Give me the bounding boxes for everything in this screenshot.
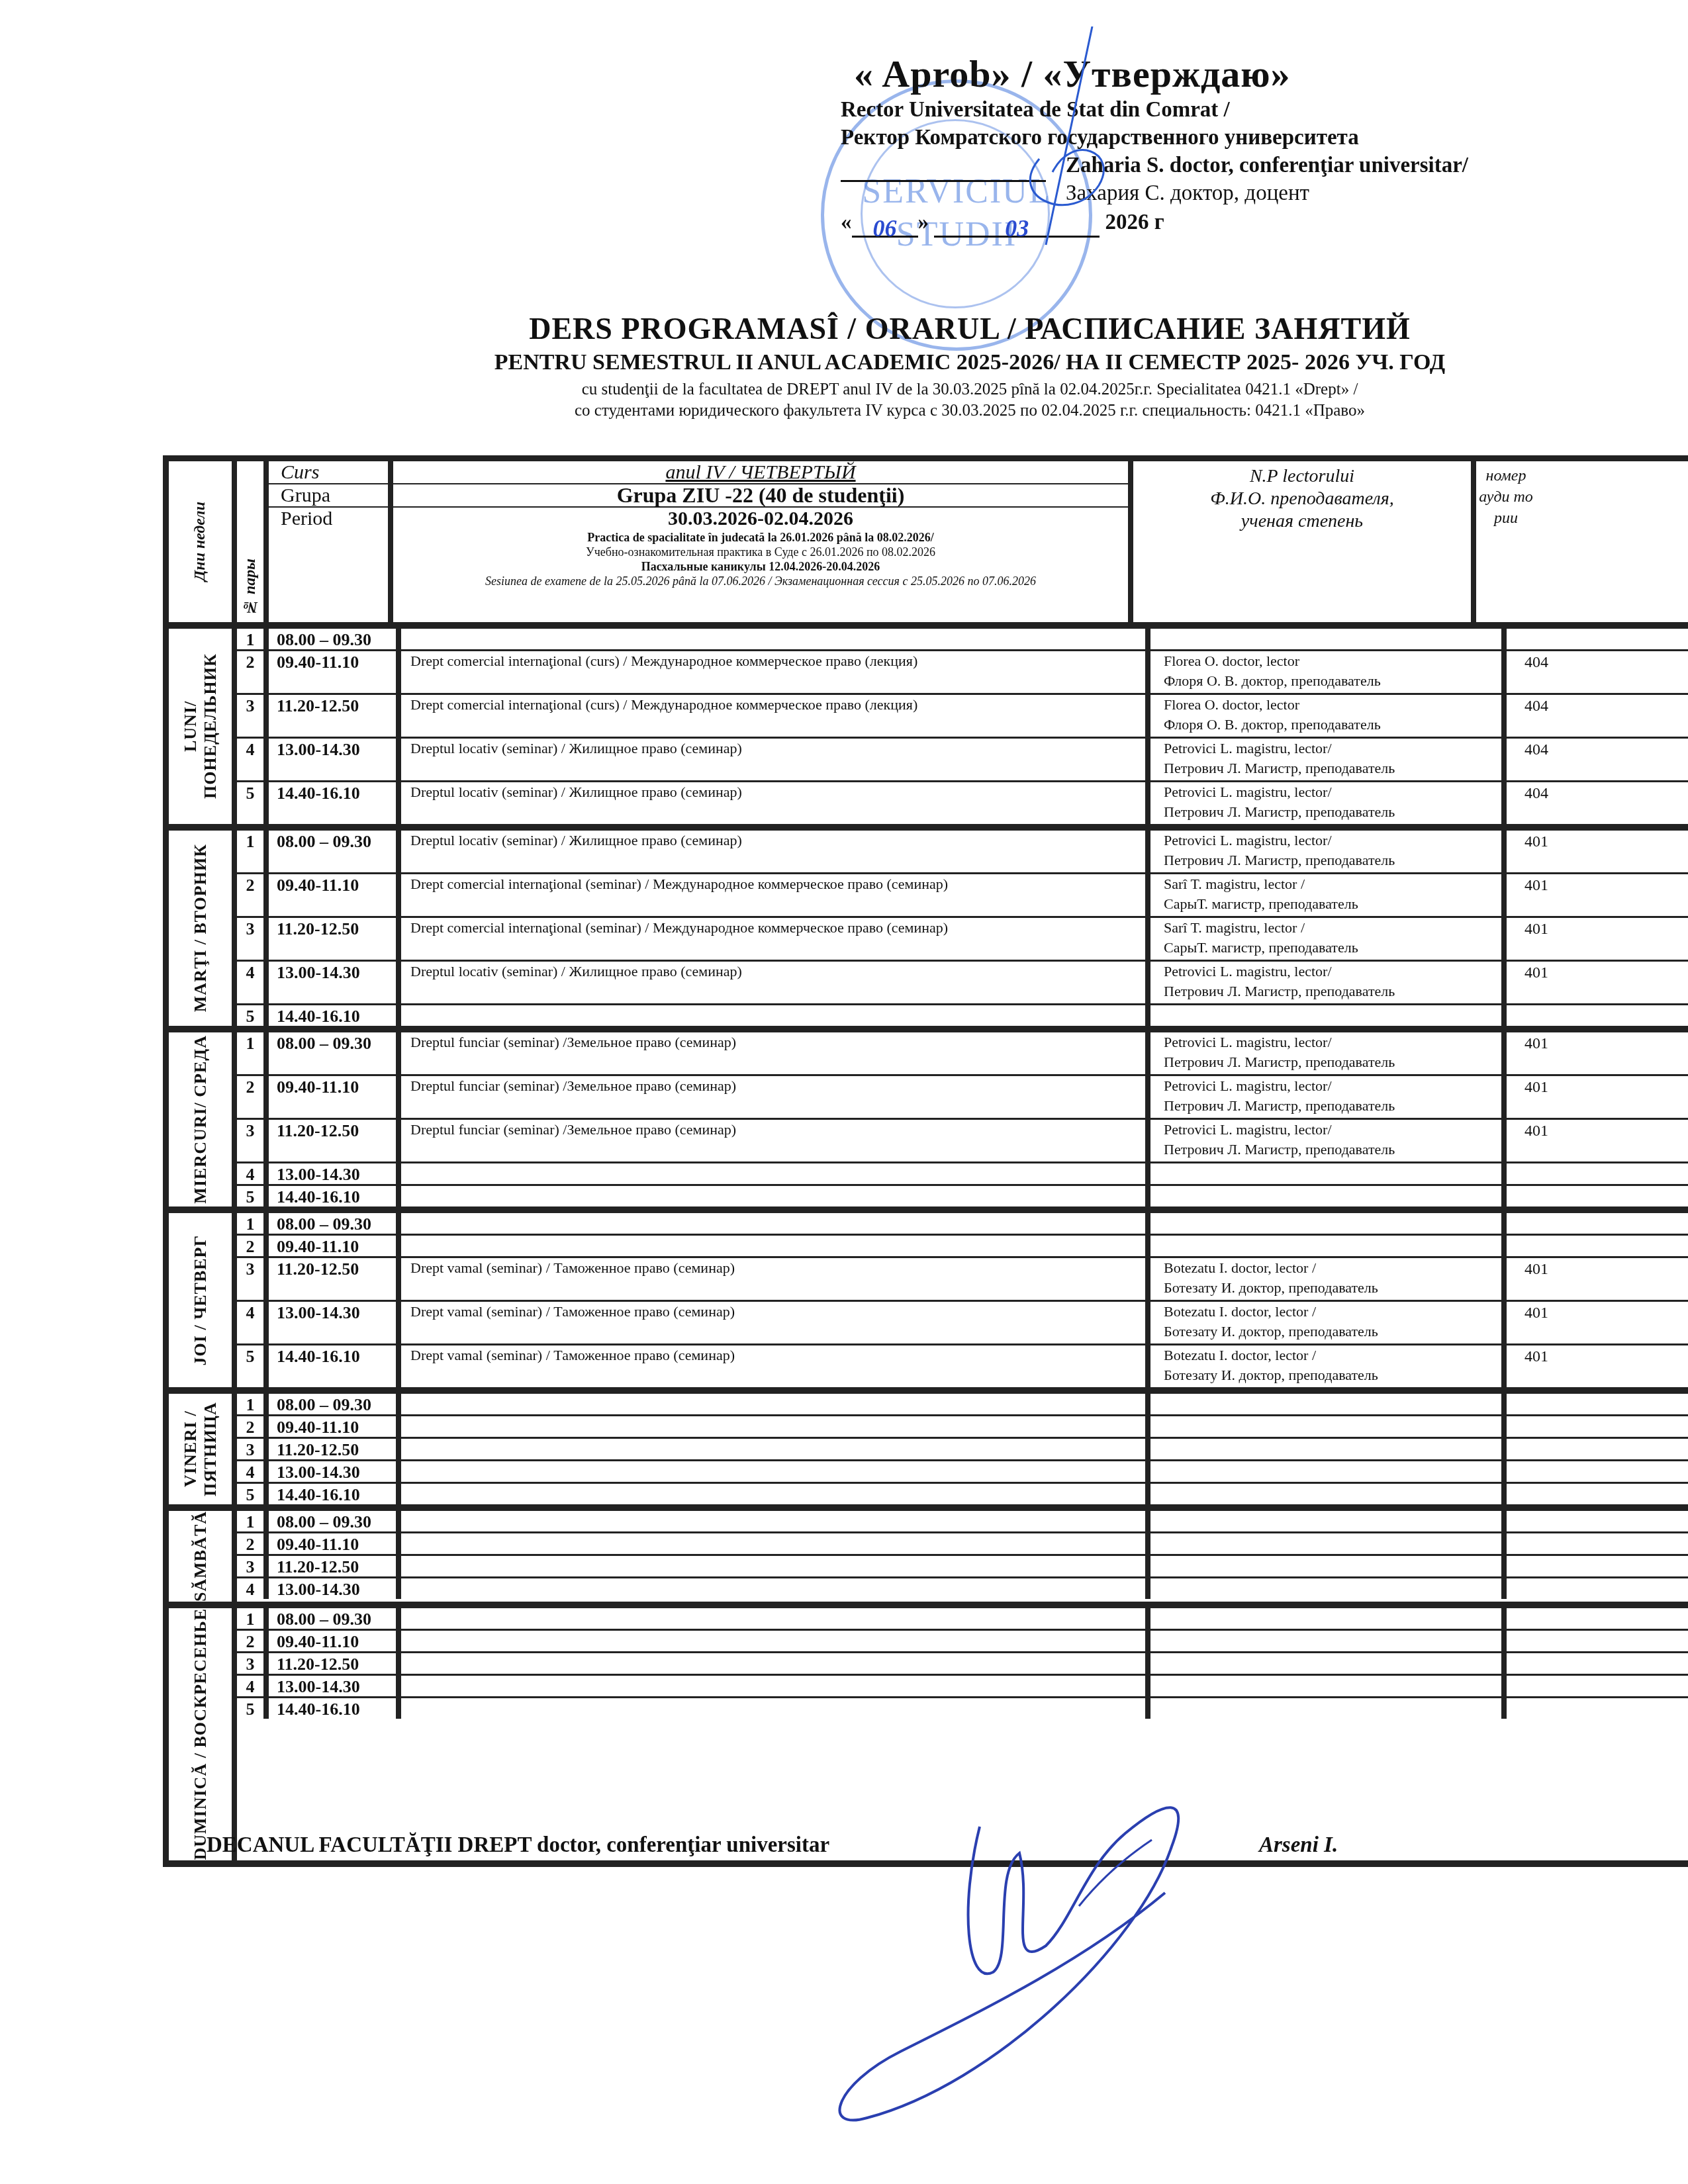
- lecturer-ru: СарыТ. магистр, преподаватель: [1164, 938, 1501, 958]
- table-row: 209.40-11.10Dreptul funciar (seminar) /З…: [237, 1076, 1688, 1120]
- header-days-cell: Дни недели: [169, 461, 237, 622]
- lecturer-ro: Sarî T. magistru, lector /: [1164, 874, 1501, 894]
- slot-rows: 108.00 – 09.30209.40-11.10311.20-12.5041…: [237, 1511, 1688, 1602]
- time-slot: 09.40-11.10: [277, 1077, 359, 1097]
- lecturer-ro: Petrovici L. magistru, lector/: [1164, 1076, 1501, 1096]
- pair-number: 5: [246, 1485, 255, 1504]
- time-slot: 11.20-12.50: [277, 1259, 359, 1279]
- lecturer-cell: Florea O. doctor, lectorФлоря О. В. докт…: [1150, 695, 1507, 737]
- table-row: 413.00-14.30: [237, 1578, 1688, 1599]
- room-number: 401: [1524, 1261, 1548, 1278]
- lecturer-cell: [1150, 1213, 1507, 1234]
- lecturer-cell: [1150, 1186, 1507, 1206]
- time-slot: 13.00-14.30: [277, 963, 360, 982]
- lecturer-ro: Botezatu I. doctor, lector /: [1164, 1258, 1501, 1278]
- time-slot: 13.00-14.30: [277, 1463, 360, 1482]
- subject-cell: [401, 1631, 1150, 1651]
- pair-number-cell: 4: [237, 739, 269, 780]
- header-lecturer-ru: Ф.И.О. преподавателя,: [1133, 488, 1471, 510]
- time-slot-cell: 09.40-11.10: [269, 874, 401, 916]
- approval-heading: « Aprob» / «Утверждаю»: [854, 52, 1635, 96]
- table-row: 311.20-12.50: [237, 1556, 1688, 1578]
- time-slot-cell: 11.20-12.50: [269, 1258, 401, 1300]
- lecturer-cell: Sarî T. magistru, lector /СарыТ. магистр…: [1150, 918, 1507, 960]
- room-number-cell: [1507, 1213, 1566, 1234]
- table-header: Дни недели № пары Curs Grupa Period anul…: [169, 461, 1688, 629]
- header-note-exams: Sesiunea de examene de la 25.05.2026 pân…: [393, 574, 1128, 588]
- subject: Drept comercial internaţional (curs) / М…: [410, 696, 917, 713]
- table-row: 311.20-12.50Dreptul funciar (seminar) /З…: [237, 1120, 1688, 1163]
- time-slot-cell: 08.00 – 09.30: [269, 629, 401, 649]
- day-name: MARŢI / ВТОРНИК: [191, 844, 211, 1012]
- table-row: 514.40-16.10: [237, 1186, 1688, 1206]
- lecturer-ru: Ботезату И. доктор, преподаватель: [1164, 1322, 1501, 1342]
- room-number-cell: 401: [1507, 1258, 1566, 1300]
- subject-cell: [401, 1394, 1150, 1414]
- room-number-cell: [1507, 1511, 1566, 1531]
- room-number-cell: [1507, 1394, 1566, 1414]
- pair-number: 3: [246, 1121, 255, 1140]
- room-number-cell: 401: [1507, 831, 1566, 872]
- time-slot: 09.40-11.10: [277, 1418, 359, 1437]
- time-slot-cell: 08.00 – 09.30: [269, 1608, 401, 1629]
- subject-cell: [401, 629, 1150, 649]
- lecturer-ro: Florea O. doctor, lector: [1164, 651, 1501, 671]
- pair-number: 3: [246, 1440, 255, 1459]
- lecturer-ro: Petrovici L. magistru, lector/: [1164, 739, 1501, 758]
- time-slot-cell: 14.40-16.10: [269, 1005, 401, 1026]
- room-number-cell: [1507, 1698, 1566, 1719]
- time-slot: 09.40-11.10: [277, 1632, 359, 1651]
- day-name: LUNI/ ПОНЕДЕЛЬНИК: [181, 629, 220, 824]
- table-row: 209.40-11.10: [237, 1416, 1688, 1439]
- day-name: JOI / ЧЕТВЕРГ: [191, 1235, 211, 1365]
- lecturer-cell: Petrovici L. magistru, lector/Петрович Л…: [1150, 962, 1507, 1003]
- table-row: 108.00 – 09.30: [237, 1511, 1688, 1533]
- time-slot-cell: 08.00 – 09.30: [269, 1394, 401, 1414]
- time-slot-cell: 13.00-14.30: [269, 1163, 401, 1184]
- room-number-cell: [1507, 1461, 1566, 1482]
- header-lecturer: N.P lectorului Ф.И.О. преподавателя, уче…: [1133, 461, 1476, 622]
- lecturer-cell: Botezatu I. doctor, lector /Ботезату И. …: [1150, 1302, 1507, 1343]
- pair-number-cell: 3: [237, 1439, 269, 1459]
- pair-number-cell: 1: [237, 1608, 269, 1629]
- room-number-cell: [1507, 1484, 1566, 1504]
- rector-name-ru: Захария С. доктор, доцент: [1066, 179, 1635, 207]
- table-row: 413.00-14.30Dreptul locativ (seminar) / …: [237, 739, 1688, 782]
- students-line-ro: cu studenţii de la facultatea de DREPT a…: [252, 381, 1688, 399]
- room-number: 401: [1524, 1035, 1548, 1052]
- pair-number: 4: [246, 1165, 255, 1184]
- approval-month: 03: [1005, 215, 1029, 242]
- time-slot-cell: 11.20-12.50: [269, 1120, 401, 1161]
- room-number: 401: [1524, 1304, 1548, 1322]
- table-row: 311.20-12.50Drept comercial internaţiona…: [237, 918, 1688, 962]
- lecturer-cell: Petrovici L. magistru, lector/Петрович Л…: [1150, 831, 1507, 872]
- room-number-cell: 404: [1507, 651, 1566, 693]
- pair-number: 5: [246, 1187, 255, 1206]
- lecturer-ro: Florea O. doctor, lector: [1164, 695, 1501, 715]
- day-name-cell: MARŢI / ВТОРНИК: [169, 831, 237, 1026]
- header-period-label: Period: [269, 508, 388, 529]
- room-number-cell: [1507, 629, 1566, 649]
- room-number: 401: [1524, 1348, 1548, 1365]
- subject: Dreptul locativ (seminar) / Жилищное пра…: [410, 963, 742, 979]
- time-slot-cell: 09.40-11.10: [269, 651, 401, 693]
- subject-cell: [401, 1653, 1150, 1674]
- room-number-cell: [1507, 1416, 1566, 1437]
- lecturer-cell: [1150, 1461, 1507, 1482]
- day-name: SĂMBĂTĂ: [191, 1511, 211, 1602]
- room-number: 401: [1524, 833, 1548, 850]
- lecturer-cell: Petrovici L. magistru, lector/Петрович Л…: [1150, 1032, 1507, 1074]
- room-number-cell: [1507, 1578, 1566, 1599]
- room-number-cell: [1507, 1005, 1566, 1026]
- pair-number-cell: 5: [237, 782, 269, 824]
- day-name-cell: SĂMBĂTĂ: [169, 1511, 237, 1602]
- room-number: 401: [1524, 964, 1548, 981]
- time-slot: 11.20-12.50: [277, 1655, 359, 1674]
- header-note-holidays: Пасхальные каникулы 12.04.2026-20.04.202…: [393, 559, 1128, 574]
- students-line-ru: со студентами юридического факультета IV…: [252, 402, 1688, 420]
- pair-number-cell: 2: [237, 1236, 269, 1256]
- pair-number: 5: [246, 1700, 255, 1719]
- pair-number: 1: [246, 1512, 255, 1531]
- header-group-info: anul IV / ЧЕТВЕРТЫЙ Grupa ZIU -22 (40 de…: [393, 461, 1133, 622]
- header-days-label: Дни недели: [191, 502, 209, 581]
- time-slot-cell: 14.40-16.10: [269, 782, 401, 824]
- lecturer-ru: Петрович Л. Магистр, преподаватель: [1164, 1052, 1501, 1072]
- time-slot-cell: 14.40-16.10: [269, 1698, 401, 1719]
- lecturer-ru: Петрович Л. Магистр, преподаватель: [1164, 1140, 1501, 1160]
- subject-cell: Drept comercial internaţional (curs) / М…: [401, 695, 1150, 737]
- subject-cell: [401, 1533, 1150, 1554]
- subject: Drept vamal (seminar) / Таможенное право…: [410, 1259, 735, 1276]
- pair-number: 5: [246, 784, 255, 803]
- pair-number: 1: [246, 832, 255, 851]
- day-block: JOI / ЧЕТВЕРГ108.00 – 09.30209.40-11.103…: [169, 1213, 1688, 1394]
- time-slot: 09.40-11.10: [277, 1237, 359, 1256]
- pair-number-cell: 4: [237, 1578, 269, 1599]
- lecturer-cell: Petrovici L. magistru, lector/Петрович Л…: [1150, 782, 1507, 824]
- subject-cell: Drept comercial internaţional (seminar) …: [401, 874, 1150, 916]
- pair-number-cell: 1: [237, 1213, 269, 1234]
- room-number-cell: [1507, 1631, 1566, 1651]
- header-room: номер ауди то рии: [1476, 461, 1536, 622]
- room-number: 404: [1524, 698, 1548, 715]
- pair-number: 4: [246, 963, 255, 982]
- subject: Drept vamal (seminar) / Таможенное право…: [410, 1347, 735, 1363]
- semester-title: PENTRU SEMESTRUL II ANUL ACADEMIC 2025-2…: [252, 350, 1688, 375]
- room-number: 401: [1524, 877, 1548, 894]
- pair-number-cell: 1: [237, 1511, 269, 1531]
- subject-cell: [401, 1236, 1150, 1256]
- subject: Drept vamal (seminar) / Таможенное право…: [410, 1303, 735, 1320]
- time-slot-cell: 11.20-12.50: [269, 1556, 401, 1576]
- pair-number-cell: 4: [237, 1461, 269, 1482]
- time-slot-cell: 11.20-12.50: [269, 918, 401, 960]
- time-slot-cell: 13.00-14.30: [269, 1676, 401, 1696]
- room-number-cell: [1507, 1236, 1566, 1256]
- time-slot: 11.20-12.50: [277, 1557, 359, 1576]
- pair-number-cell: 3: [237, 695, 269, 737]
- pair-number: 2: [246, 1077, 255, 1097]
- pair-number-cell: 4: [237, 1163, 269, 1184]
- header-note-practice-ru: Учебно-ознакомительная практика в Суде с…: [393, 545, 1128, 559]
- lecturer-cell: [1150, 1676, 1507, 1696]
- lecturer-ru: Петрович Л. Магистр, преподаватель: [1164, 802, 1501, 822]
- room-number-cell: 401: [1507, 874, 1566, 916]
- pair-number-cell: 5: [237, 1698, 269, 1719]
- time-slot: 11.20-12.50: [277, 696, 359, 715]
- subject-cell: [401, 1186, 1150, 1206]
- lecturer-ru: Флоря О. В. доктор, преподаватель: [1164, 715, 1501, 735]
- table-row: 311.20-12.50Drept comercial internaţiona…: [237, 695, 1688, 739]
- rector-name-ro: Zaharia S. doctor, conferenţiar universi…: [1066, 152, 1635, 179]
- subject-cell: [401, 1213, 1150, 1234]
- table-row: 514.40-16.10: [237, 1698, 1688, 1719]
- lecturer-cell: [1150, 1163, 1507, 1184]
- pair-number-cell: 2: [237, 1533, 269, 1554]
- slot-rows: 108.00 – 09.30209.40-11.10Drept comercia…: [237, 629, 1688, 824]
- lecturer-ro: Petrovici L. magistru, lector/: [1164, 831, 1501, 850]
- time-slot-cell: 11.20-12.50: [269, 1439, 401, 1459]
- table-row: 413.00-14.30Dreptul locativ (seminar) / …: [237, 962, 1688, 1005]
- pair-number: 1: [246, 630, 255, 649]
- lecturer-cell: [1150, 1416, 1507, 1437]
- pair-number: 2: [246, 1418, 255, 1437]
- subject-cell: Dreptul funciar (seminar) /Земельное пра…: [401, 1076, 1150, 1118]
- room-number-cell: 401: [1507, 918, 1566, 960]
- subject: Dreptul locativ (seminar) / Жилищное пра…: [410, 784, 742, 800]
- pair-number-cell: 2: [237, 651, 269, 693]
- pair-number: 3: [246, 696, 255, 715]
- lecturer-ru: Петрович Л. Магистр, преподаватель: [1164, 758, 1501, 778]
- lecturer-cell: [1150, 1653, 1507, 1674]
- lecturer-cell: [1150, 1005, 1507, 1026]
- time-slot-cell: 09.40-11.10: [269, 1236, 401, 1256]
- day-name-cell: JOI / ЧЕТВЕРГ: [169, 1213, 237, 1387]
- time-slot: 08.00 – 09.30: [277, 1034, 371, 1053]
- subject-cell: [401, 1578, 1150, 1599]
- lecturer-ru: Петрович Л. Магистр, преподаватель: [1164, 981, 1501, 1001]
- slot-rows: 108.00 – 09.30Dreptul locativ (seminar) …: [237, 831, 1688, 1026]
- time-slot-cell: 08.00 – 09.30: [269, 1213, 401, 1234]
- room-number-cell: [1507, 1186, 1566, 1206]
- time-slot: 08.00 – 09.30: [277, 1610, 371, 1629]
- room-number-cell: [1507, 1556, 1566, 1576]
- time-slot-cell: 11.20-12.50: [269, 695, 401, 737]
- room-number-cell: [1507, 1653, 1566, 1674]
- room-number: 404: [1524, 741, 1548, 758]
- subject: Dreptul funciar (seminar) /Земельное пра…: [410, 1034, 736, 1050]
- subject-cell: Drept vamal (seminar) / Таможенное право…: [401, 1258, 1150, 1300]
- table-row: 108.00 – 09.30Dreptul funciar (seminar) …: [237, 1032, 1688, 1076]
- pair-number: 3: [246, 1259, 255, 1279]
- time-slot: 13.00-14.30: [277, 1580, 360, 1599]
- pair-number: 2: [246, 1237, 255, 1256]
- time-slot-cell: 08.00 – 09.30: [269, 831, 401, 872]
- lecturer-cell: Florea O. doctor, lectorФлоря О. В. докт…: [1150, 651, 1507, 693]
- pair-number: 4: [246, 1463, 255, 1482]
- table-row: 311.20-12.50: [237, 1439, 1688, 1461]
- header-labels-cell: Curs Grupa Period: [269, 461, 393, 622]
- lecturer-ro: Petrovici L. magistru, lector/: [1164, 1032, 1501, 1052]
- day-name: DUMINICĂ / ВОСКРЕСЕНЬЕ: [191, 1608, 211, 1860]
- header-lecturer-ro: N.P lectorului: [1133, 465, 1471, 488]
- time-slot-cell: 09.40-11.10: [269, 1631, 401, 1651]
- table-row: 108.00 – 09.30Dreptul locativ (seminar) …: [237, 831, 1688, 874]
- table-row: 311.20-12.50Drept vamal (seminar) / Тамо…: [237, 1258, 1688, 1302]
- subject: Drept comercial internaţional (seminar) …: [410, 876, 948, 892]
- subject-cell: [401, 1556, 1150, 1576]
- time-slot: 14.40-16.10: [277, 1485, 360, 1504]
- slot-rows: 108.00 – 09.30209.40-11.10311.20-12.50Dr…: [237, 1213, 1688, 1387]
- lecturer-cell: [1150, 1578, 1507, 1599]
- subject-cell: [401, 1511, 1150, 1531]
- day-name: VINERI / ПЯТНИЦА: [181, 1394, 220, 1504]
- table-row: 209.40-11.10: [237, 1631, 1688, 1653]
- approval-day: 06: [873, 215, 897, 242]
- day-block: MARŢI / ВТОРНИК108.00 – 09.30Dreptul loc…: [169, 831, 1688, 1032]
- subject: Dreptul funciar (seminar) /Земельное пра…: [410, 1121, 736, 1138]
- time-slot: 11.20-12.50: [277, 1121, 359, 1140]
- pair-number-cell: 3: [237, 1556, 269, 1576]
- lecturer-ru: СарыТ. магистр, преподаватель: [1164, 894, 1501, 914]
- pair-number-cell: 1: [237, 1032, 269, 1074]
- lecturer-cell: Botezatu I. doctor, lector /Ботезату И. …: [1150, 1345, 1507, 1387]
- header-lecturer-degree: ученая степень: [1133, 510, 1471, 533]
- subject: Drept comercial internaţional (curs) / М…: [410, 653, 917, 669]
- pair-number-cell: 5: [237, 1345, 269, 1387]
- day-block: SĂMBĂTĂ108.00 – 09.30209.40-11.10311.20-…: [169, 1511, 1688, 1608]
- table-row: 108.00 – 09.30: [237, 1213, 1688, 1236]
- day-name-cell: LUNI/ ПОНЕДЕЛЬНИК: [169, 629, 237, 824]
- lecturer-ro: Botezatu I. doctor, lector /: [1164, 1302, 1501, 1322]
- table-row: 108.00 – 09.30: [237, 1394, 1688, 1416]
- time-slot: 13.00-14.30: [277, 1677, 360, 1696]
- table-row: 413.00-14.30Drept vamal (seminar) / Тамо…: [237, 1302, 1688, 1345]
- room-number-cell: 401: [1507, 1302, 1566, 1343]
- time-slot: 08.00 – 09.30: [277, 1512, 371, 1531]
- time-slot-cell: 08.00 – 09.30: [269, 1511, 401, 1531]
- pair-number-cell: 3: [237, 918, 269, 960]
- lecturer-cell: [1150, 1533, 1507, 1554]
- time-slot-cell: 09.40-11.10: [269, 1533, 401, 1554]
- slot-rows: 108.00 – 09.30209.40-11.10311.20-12.5041…: [237, 1608, 1688, 1860]
- lecturer-ru: Петрович Л. Магистр, преподаватель: [1164, 1096, 1501, 1116]
- table-row: 514.40-16.10: [237, 1005, 1688, 1026]
- room-number-cell: [1507, 1533, 1566, 1554]
- time-slot-cell: 13.00-14.30: [269, 1578, 401, 1599]
- day-name: MIERCURI/ СРЕДА: [191, 1035, 211, 1204]
- subject-cell: Drept comercial internaţional (curs) / М…: [401, 651, 1150, 693]
- table-row: 514.40-16.10Drept vamal (seminar) / Тамо…: [237, 1345, 1688, 1387]
- time-slot: 14.40-16.10: [277, 1700, 360, 1719]
- document-titles: DERS PROGRAMASÎ / ORARUL / РАСПИСАНИЕ ЗА…: [0, 311, 1688, 420]
- table-row: 108.00 – 09.30: [237, 629, 1688, 651]
- footer: DECANUL FACULTĂŢII DREPT doctor, confere…: [207, 1833, 1530, 1858]
- room-number-cell: 401: [1507, 1345, 1566, 1387]
- lecturer-ro: Petrovici L. magistru, lector/: [1164, 782, 1501, 802]
- approval-date: «06» 03 2026 г: [841, 207, 1635, 238]
- pair-number-cell: 3: [237, 1120, 269, 1161]
- time-slot: 14.40-16.10: [277, 1007, 360, 1026]
- room-number-cell: 404: [1507, 739, 1566, 780]
- pair-number-cell: 4: [237, 1676, 269, 1696]
- room-number-cell: 401: [1507, 1076, 1566, 1118]
- pair-number: 5: [246, 1347, 255, 1366]
- lecturer-cell: [1150, 1484, 1507, 1504]
- pair-number: 2: [246, 1535, 255, 1554]
- header-curs-label: Curs: [269, 461, 388, 484]
- subject-cell: Dreptul funciar (seminar) /Земельное пра…: [401, 1120, 1150, 1161]
- approval-year: 2026 г: [1105, 210, 1164, 234]
- room-number-cell: [1507, 1439, 1566, 1459]
- pair-number: 4: [246, 1580, 255, 1599]
- lecturer-cell: [1150, 1698, 1507, 1719]
- lecturer-cell: [1150, 1631, 1507, 1651]
- room-number-cell: 401: [1507, 1032, 1566, 1074]
- lecturer-ro: Petrovici L. magistru, lector/: [1164, 962, 1501, 981]
- lecturer-cell: [1150, 1608, 1507, 1629]
- lecturer-ru: Ботезату И. доктор, преподаватель: [1164, 1278, 1501, 1298]
- time-slot: 09.40-11.10: [277, 1535, 359, 1554]
- lecturer-cell: Sarî T. magistru, lector /СарыТ. магистр…: [1150, 874, 1507, 916]
- subject-cell: Drept comercial internaţional (seminar) …: [401, 918, 1150, 960]
- table-row: 209.40-11.10Drept comercial internaţiona…: [237, 651, 1688, 695]
- table-row: 514.40-16.10Dreptul locativ (seminar) / …: [237, 782, 1688, 824]
- pair-number: 1: [246, 1610, 255, 1629]
- subject: Dreptul locativ (seminar) / Жилищное пра…: [410, 832, 742, 848]
- days-container: LUNI/ ПОНЕДЕЛЬНИК108.00 – 09.30209.40-11…: [169, 629, 1688, 1867]
- rector-title-ru: Ректор Комратского государственного унив…: [841, 124, 1635, 152]
- room-number: 401: [1524, 1079, 1548, 1096]
- day-name-cell: MIERCURI/ СРЕДА: [169, 1032, 237, 1206]
- subject: Drept comercial internaţional (seminar) …: [410, 919, 948, 936]
- subject-cell: Dreptul locativ (seminar) / Жилищное пра…: [401, 831, 1150, 872]
- pair-number: 4: [246, 1303, 255, 1322]
- subject-cell: [401, 1005, 1150, 1026]
- lecturer-ru: Ботезату И. доктор, преподаватель: [1164, 1365, 1501, 1385]
- subject-cell: Dreptul locativ (seminar) / Жилищное пра…: [401, 962, 1150, 1003]
- header-curs-value: anul IV / ЧЕТВЕРТЫЙ: [393, 461, 1128, 484]
- time-slot: 13.00-14.30: [277, 740, 360, 759]
- time-slot: 14.40-16.10: [277, 784, 360, 803]
- time-slot-cell: 14.40-16.10: [269, 1186, 401, 1206]
- lecturer-ro: Botezatu I. doctor, lector /: [1164, 1345, 1501, 1365]
- header-pair-label: № пары: [242, 559, 259, 615]
- header-period-value: 30.03.2026-02.04.2026: [393, 508, 1128, 530]
- table-row: 413.00-14.30: [237, 1676, 1688, 1698]
- room-number-cell: [1507, 1608, 1566, 1629]
- lecturer-cell: [1150, 1556, 1507, 1576]
- lecturer-cell: [1150, 629, 1507, 649]
- room-number-cell: 401: [1507, 1120, 1566, 1161]
- day-block: LUNI/ ПОНЕДЕЛЬНИК108.00 – 09.30209.40-11…: [169, 629, 1688, 831]
- time-slot: 08.00 – 09.30: [277, 630, 371, 649]
- time-slot-cell: 13.00-14.30: [269, 1461, 401, 1482]
- time-slot-cell: 09.40-11.10: [269, 1416, 401, 1437]
- table-row: 413.00-14.30: [237, 1461, 1688, 1484]
- header-note-practice-ro: Practica de spacialitate în judecată la …: [393, 530, 1128, 545]
- time-slot: 13.00-14.30: [277, 1165, 360, 1184]
- pair-number: 1: [246, 1214, 255, 1234]
- day-name-cell: VINERI / ПЯТНИЦА: [169, 1394, 237, 1504]
- lecturer-cell: Petrovici L. magistru, lector/Петрович Л…: [1150, 1120, 1507, 1161]
- pair-number-cell: 5: [237, 1186, 269, 1206]
- rector-signature-line: [841, 180, 1046, 182]
